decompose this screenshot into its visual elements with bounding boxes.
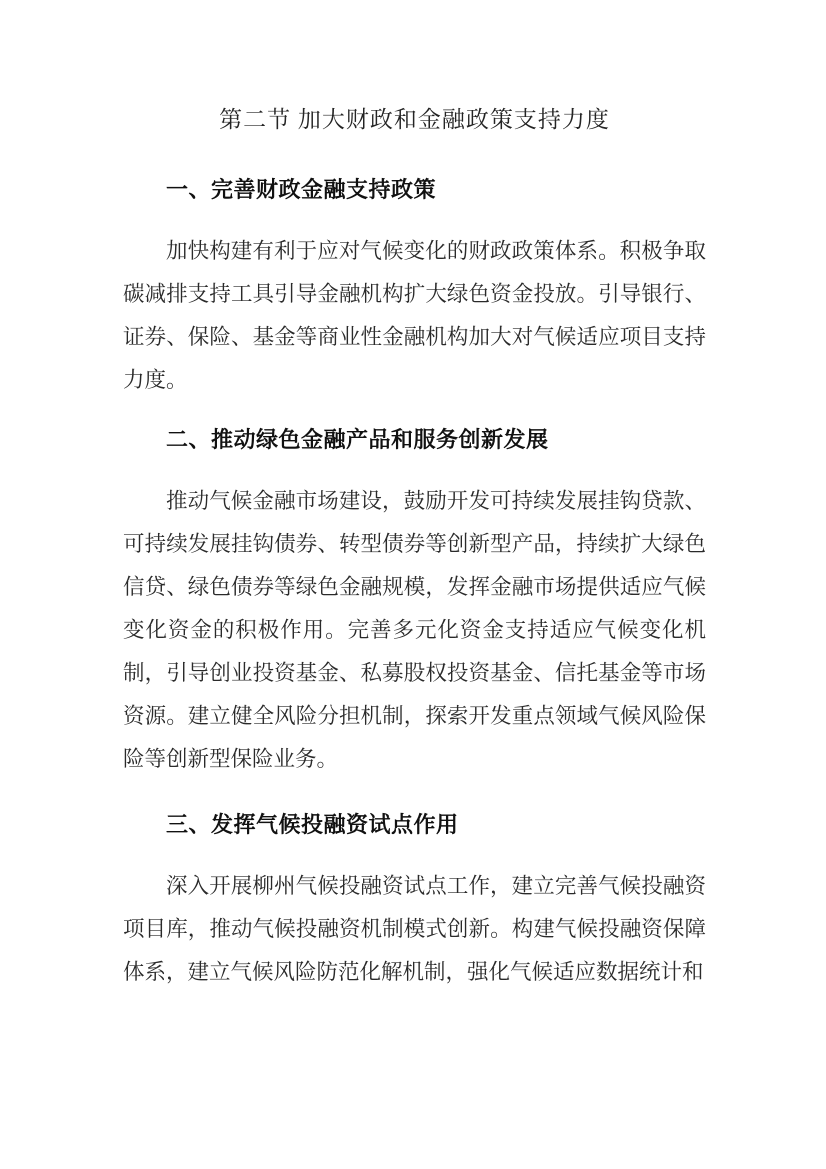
- section-2-heading: 二、推动绿色金融产品和服务创新发展: [123, 424, 706, 456]
- document-page: 第二节 加大财政和金融政策支持力度 一、完善财政金融支持政策 加快构建有利于应对…: [0, 0, 826, 1169]
- section-3: 三、发挥气候投融资试点作用 深入开展柳州气候投融资试点工作，建立完善气候投融资项…: [123, 809, 706, 994]
- section-2-paragraph: 推动气候金融市场建设，鼓励开发可持续发展挂钩贷款、可持续发展挂钩债券、转型债券等…: [123, 480, 706, 781]
- section-2: 二、推动绿色金融产品和服务创新发展 推动气候金融市场建设，鼓励开发可持续发展挂钩…: [123, 424, 706, 781]
- section-1-heading: 一、完善财政金融支持政策: [123, 174, 706, 206]
- section-3-heading: 三、发挥气候投融资试点作用: [123, 809, 706, 841]
- section-title: 第二节 加大财政和金融政策支持力度: [123, 104, 706, 136]
- section-1: 一、完善财政金融支持政策 加快构建有利于应对气候变化的财政政策体系。积极争取碳减…: [123, 174, 706, 402]
- document-content: 第二节 加大财政和金融政策支持力度 一、完善财政金融支持政策 加快构建有利于应对…: [0, 0, 826, 994]
- section-1-paragraph: 加快构建有利于应对气候变化的财政政策体系。积极争取碳减排支持工具引导金融机构扩大…: [123, 230, 706, 402]
- section-3-paragraph: 深入开展柳州气候投融资试点工作，建立完善气候投融资项目库，推动气候投融资机制模式…: [123, 865, 706, 994]
